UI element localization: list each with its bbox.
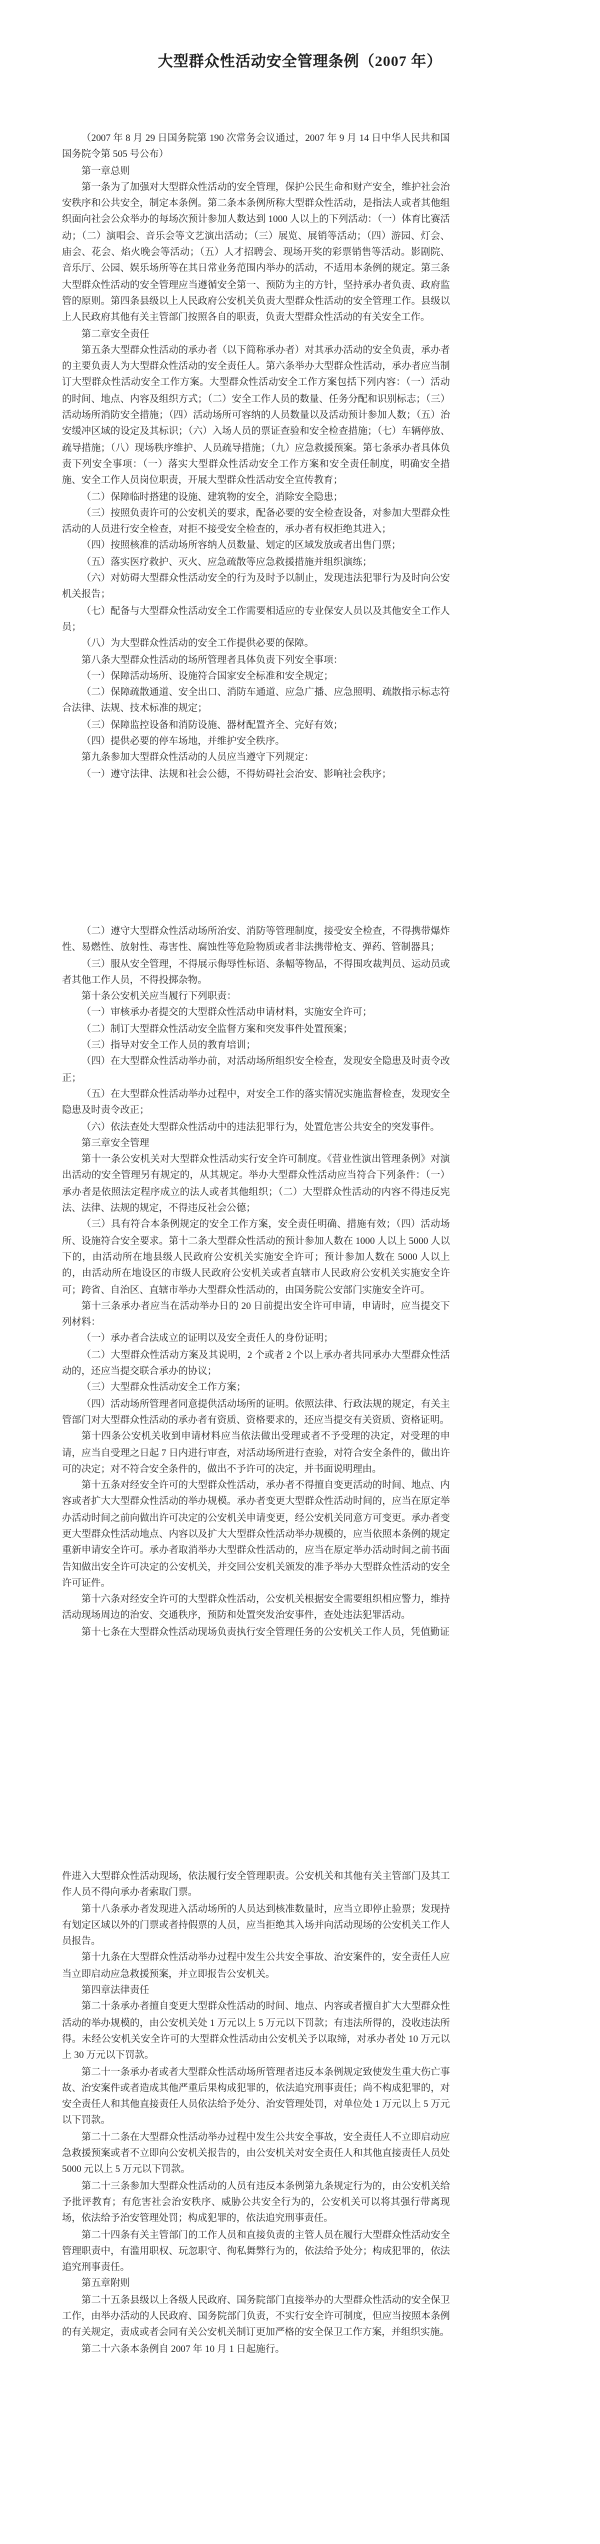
article-20: 第二十条承办者擅自变更大型群众性活动的时间、地点、内容或者擅自扩大大型群众性活动…: [62, 1999, 450, 2064]
article-26: 第二十六条本条例自 2007 年 10 月 1 日起施行。: [62, 2342, 450, 2358]
article-10-item-1: （一）审核承办者提交的大型群众性活动申请材料，实施安全许可；: [62, 1005, 450, 1021]
articles-11-12: （三）具有符合本条例规定的安全工作方案，安全责任明确、措施有效；（四）活动场所、…: [62, 1217, 450, 1298]
article-24: 第二十四条有关主管部门的工作人员和直接负责的主管人员在履行大型群众性活动安全管理…: [62, 2228, 450, 2277]
article-13-item-2: （二）大型群众性活动方案及其说明，2 个或者 2 个以上承办者共同承办大型群众性…: [62, 1348, 450, 1381]
chapter-4-heading: 第四章法律责任: [62, 1983, 450, 1999]
article-8-item-4: （四）提供必要的停车场地，并维护安全秩序。: [62, 734, 450, 750]
article-7-item-2: （二）保障临时搭建的设施、建筑物的安全，消除安全隐患；: [62, 490, 450, 506]
article-14: 第十四条公安机关收到申请材料应当依法做出受理或者不予受理的决定，对受理的申请，应…: [62, 1429, 450, 1478]
article-7-item-8: （八）为大型群众性活动的安全工作提供必要的保障。: [62, 636, 450, 652]
article-7-item-6: （六）对妨碍大型群众性活动安全的行为及时予以制止，发现违法犯罪行为及时向公安机关…: [62, 571, 450, 604]
article-10-item-3: （三）指导对安全工作人员的教育培训；: [62, 1038, 450, 1054]
article-10-item-6: （六）依法查处大型群众性活动中的违法犯罪行为，处置危害公共安全的突发事件。: [62, 1120, 450, 1136]
article-10-item-4: （四）在大型群众性活动举办前，对活动场所组织安全检查，发现安全隐患及时责令改正；: [62, 1054, 450, 1087]
article-23: 第二十三条参加大型群众性活动的人员有违反本条例第九条规定行为的，由公安机关给予批…: [62, 2179, 450, 2228]
article-13-item-3: （三）大型群众性活动安全工作方案；: [62, 1380, 450, 1396]
article-8-lead: 第八条大型群众性活动的场所管理者具体负责下列安全事项：: [62, 653, 450, 669]
article-19: 第十九条在大型群众性活动举办过程中发生公共安全事故、治安案件的，安全责任人应当立…: [62, 1950, 450, 1983]
article-21: 第二十一条承办者或者大型群众性活动场所管理者违反本条例规定致使发生重大伤亡事故、…: [62, 2065, 450, 2130]
article-10-item-5: （五）在大型群众性活动举办过程中，对安全工作的落实情况实施监督检查，发现安全隐患…: [62, 1087, 450, 1120]
chapter-2-heading: 第二章安全责任: [62, 327, 450, 343]
doc-title: 大型群众性活动安全管理条例（2007 年）: [0, 50, 600, 71]
article-9-item-2: （二）遵守大型群众性活动场所治安、消防等管理制度，接受安全检查，不得携带爆炸性、…: [62, 924, 450, 957]
article-7-item-5: （五）落实医疗救护、灭火、应急疏散等应急救援措施并组织演练；: [62, 555, 450, 571]
article-10-item-2: （二）制订大型群众性活动安全监督方案和突发事件处置预案；: [62, 1022, 450, 1038]
chapter-3-heading: 第三章安全管理: [62, 1136, 450, 1152]
article-18: 第十八条承办者发现进入活动场所的人员达到核准数量时，应当立即停止验票；发现持有划…: [62, 1902, 450, 1951]
article-15: 第十五条对经安全许可的大型群众性活动，承办者不得擅自变更活动的时间、地点、内容或…: [62, 1478, 450, 1592]
article-8-item-1: （一）保障活动场所、设施符合国家安全标准和安全规定；: [62, 669, 450, 685]
article-8-item-3: （三）保障监控设备和消防设施、器材配置齐全、完好有效；: [62, 718, 450, 734]
article-25: 第二十五条县级以上各级人民政府、国务院部门直接举办的大型群众性活动的安全保卫工作…: [62, 2293, 450, 2342]
article-9-lead: 第九条参加大型群众性活动的人员应当遵守下列规定：: [62, 750, 450, 766]
article-7-item-3: （三）按照负责许可的公安机关的要求，配备必要的安全检查设备，对参加大型群众性活动…: [62, 506, 450, 539]
article-22: 第二十二条在大型群众性活动举办过程中发生公共安全事故，安全责任人不立即启动应急救…: [62, 2130, 450, 2179]
promulgation-note: （2007 年 8 月 29 日国务院第 190 次常务会议通过，2007 年 …: [62, 131, 450, 164]
text-block-2: （二）遵守大型群众性活动场所治安、消防等管理制度，接受安全检查，不得携带爆炸性、…: [62, 924, 450, 1641]
article-9-item-1: （一）遵守法律、法规和社会公德，不得妨碍社会治安、影响社会秩序；: [62, 767, 450, 783]
article-17-continuation: 件进入大型群众性活动现场，依法履行安全管理职责。公安机关和其他有关主管部门及其工…: [62, 1869, 450, 1902]
article-13-item-4: （四）活动场所管理者同意提供活动场所的证明。依照法律、行政法规的规定，有关主管部…: [62, 1397, 450, 1430]
article-7-item-7: （七）配备与大型群众性活动安全工作需要相适应的专业保安人员以及其他安全工作人员；: [62, 604, 450, 637]
article-13-item-1: （一）承办者合法成立的证明以及安全责任人的身份证明；: [62, 1331, 450, 1347]
article-13-lead: 第十三条承办者应当在活动举办日的 20 日前提出安全许可申请，申请时，应当提交下…: [62, 1299, 450, 1332]
article-8-item-2: （二）保障疏散通道、安全出口、消防车通道、应急广播、应急照明、疏散指示标志符合法…: [62, 685, 450, 718]
articles-5-to-7: 第五条大型群众性活动的承办者（以下简称承办者）对其承办活动的安全负责，承办者的主…: [62, 343, 450, 490]
article-7-item-4: （四）按照核准的活动场所容纳人员数量、划定的区域发放或者出售门票；: [62, 538, 450, 554]
article-17-start: 第十七条在大型群众性活动现场负责执行安全管理任务的公安机关工作人员，凭值勤证: [62, 1625, 450, 1641]
article-11-lead: 第十一条公安机关对大型群众性活动实行安全许可制度。《营业性演出管理条例》对演出活…: [62, 1152, 450, 1217]
chapter-5-heading: 第五章附则: [62, 2276, 450, 2292]
text-block-1: （2007 年 8 月 29 日国务院第 190 次常务会议通过，2007 年 …: [62, 131, 450, 783]
articles-1-to-4: 第一条为了加强对大型群众性活动的安全管理，保护公民生命和财产安全，维护社会治安秩…: [62, 180, 450, 327]
text-block-3: 件进入大型群众性活动现场，依法履行安全管理职责。公安机关和其他有关主管部门及其工…: [62, 1869, 450, 2358]
article-9-item-3: （三）服从安全管理，不得展示侮辱性标语、条幅等物品，不得围攻裁判员、运动员或者其…: [62, 957, 450, 990]
chapter-1-heading: 第一章总则: [62, 164, 450, 180]
article-10-lead: 第十条公安机关应当履行下列职责：: [62, 989, 450, 1005]
article-16: 第十六条对经安全许可的大型群众性活动，公安机关根据安全需要组织相应警力，维持活动…: [62, 1592, 450, 1625]
document-page: 大型群众性活动安全管理条例（2007 年） （2007 年 8 月 29 日国务…: [0, 0, 600, 2544]
